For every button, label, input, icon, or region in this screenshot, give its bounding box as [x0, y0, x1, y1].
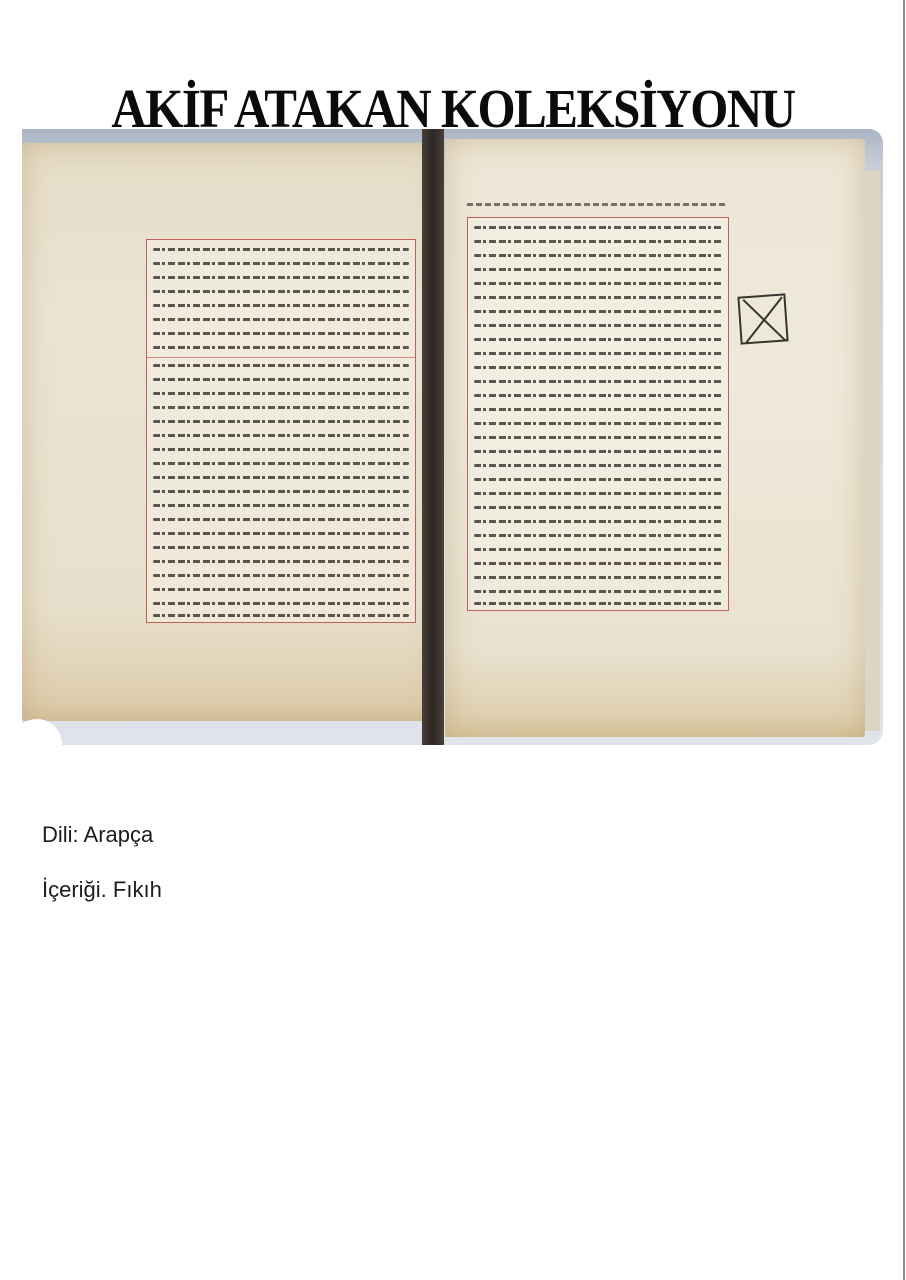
language-label: Dili: Arapça [42, 821, 153, 849]
page-header-line [467, 203, 727, 206]
manuscript-left-page [22, 143, 442, 721]
manuscript-right-page [445, 139, 865, 737]
manuscript-photo [22, 129, 883, 745]
content-label: İçeriği. Fıkıh [42, 876, 162, 904]
left-text-frame [146, 239, 416, 623]
book-spine [422, 129, 444, 745]
seal-mark-icon [737, 293, 788, 344]
right-text-frame [467, 217, 729, 611]
page-edge-rule [903, 0, 905, 1280]
